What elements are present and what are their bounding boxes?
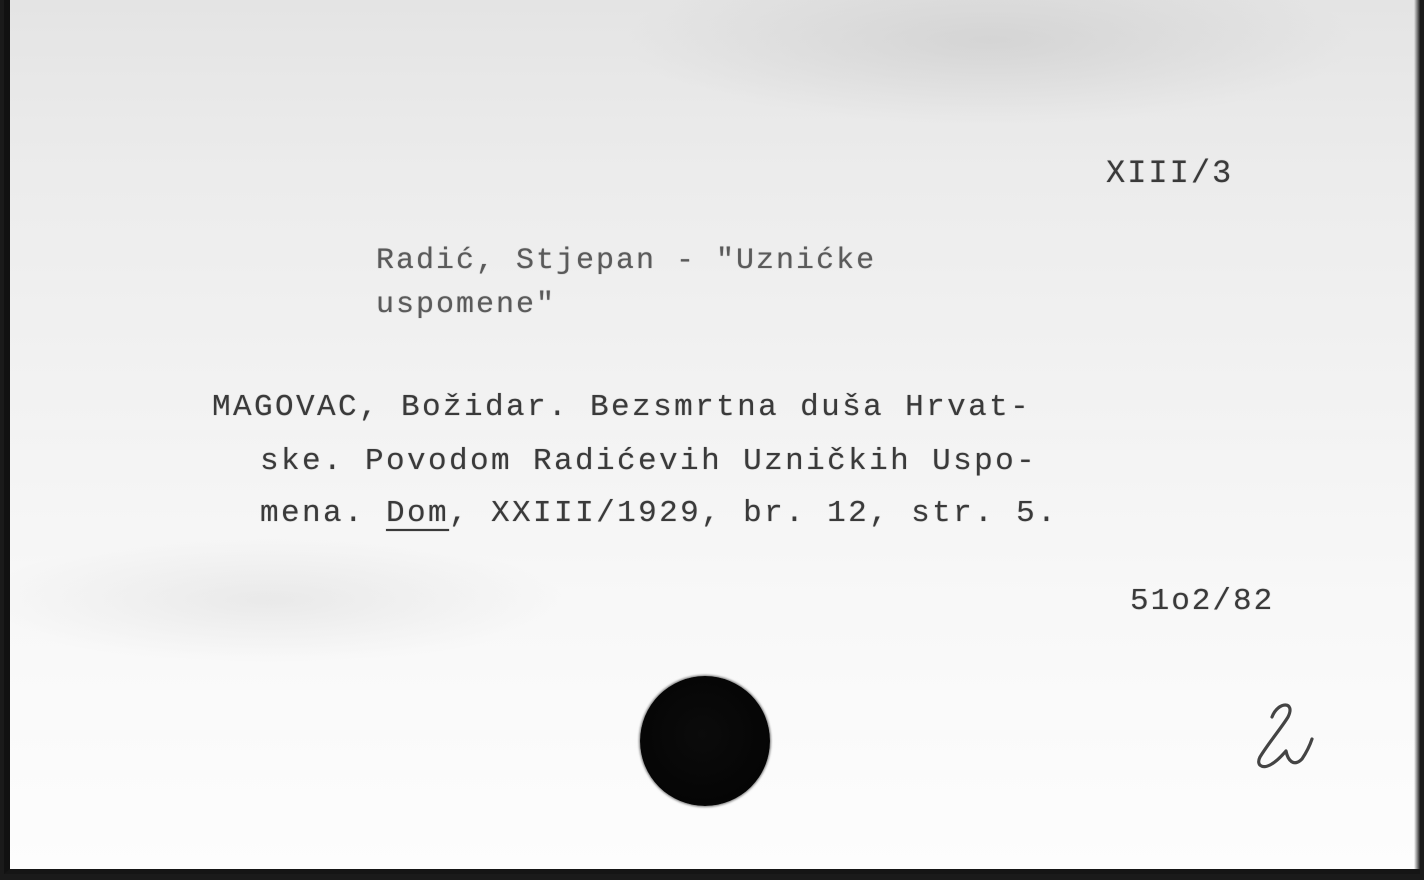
punch-hole [640, 676, 770, 806]
accession-number: 51o2/82 [1130, 586, 1274, 617]
entry-line-3: mena. Dom, XXIII/1929, br. 12, str. 5. [260, 498, 1058, 529]
entry-line-3-start: mena. [260, 496, 386, 531]
subject-heading-line-1: Radić, Stjepan - "Uznićke [376, 246, 876, 276]
entry-line-1: MAGOVAC, Božidar. Bezsmrtna duša Hrvat- [212, 392, 1031, 423]
entry-line-3-end: , XXIII/1929, br. 12, str. 5. [449, 496, 1058, 531]
catalog-card: XIII/3 Radić, Stjepan - "Uznićke uspomen… [4, 0, 1420, 874]
call-number: XIII/3 [1106, 158, 1233, 190]
entry-line-2: ske. Povodom Radićevih Uzničkih Uspo- [260, 446, 1037, 477]
journal-title: Dom [386, 496, 449, 531]
subject-heading-line-2: uspomene" [376, 290, 556, 320]
